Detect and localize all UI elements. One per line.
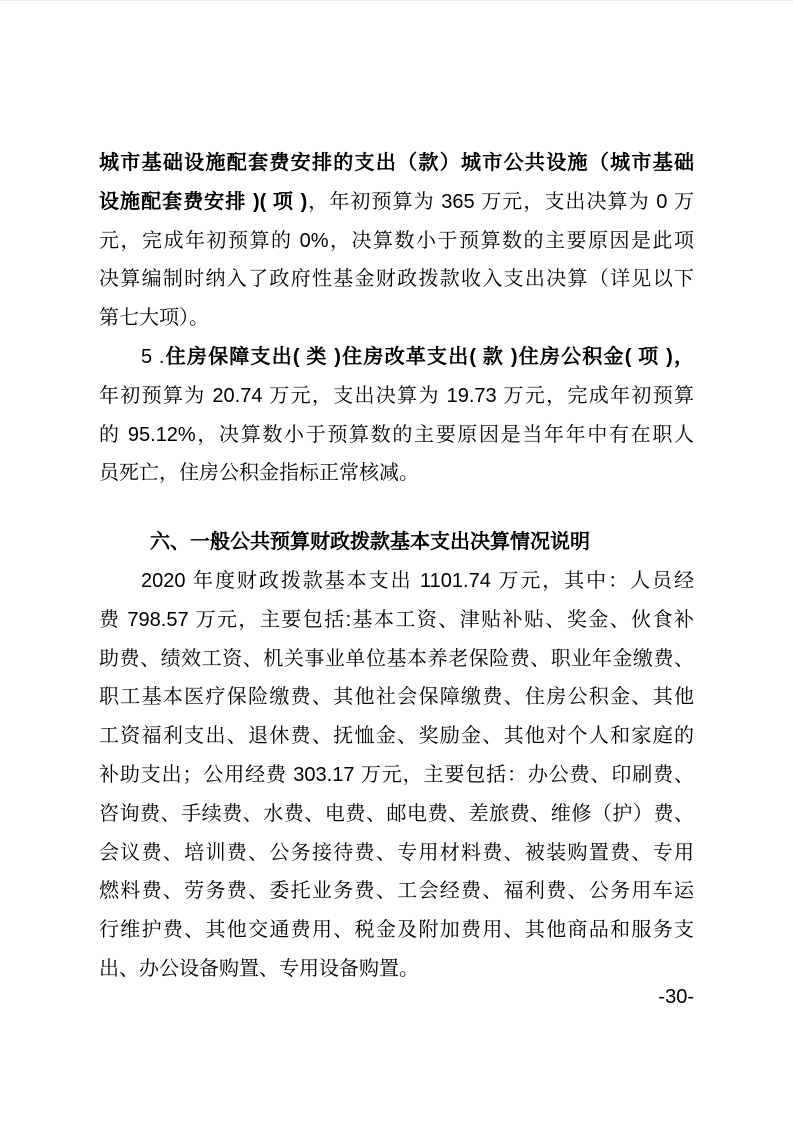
bold-text-segment: 城市基础设施配套费安排的支出（款）城市公共设施（城市基础 [99,152,694,174]
text-line: 员死亡，住房公积金指标正常核减。 [99,454,694,493]
text-line: 的 95.12%，决算数小于预算数的主要原因是当年年中有在职人 [99,416,694,455]
text-line: 决算编制时纳入了政府性基金财政拨款收入支出决算（详见以下 [99,260,694,299]
text-segment: 年初预算为 20.74 万元，支出决算为 19.73 万元，完成年初预算 [99,385,694,407]
text-line: 职工基本医疗保险缴费、其他社会保障缴费、住房公积金、其他 [99,678,694,717]
text-segment: ，年初预算为 365 万元，支出决算为 0 万 [307,191,694,213]
text-segment: 元，完成年初预算的 0%，决算数小于预算数的主要原因是此项 [99,230,694,252]
text-segment: 2020 年度财政拨款基本支出 1101.74 万元，其中：人员经 [141,570,694,592]
text-line: 燃料费、劳务费、委托业务费、工会经费、福利费、公务用车运 [99,872,694,911]
paragraph-spacer [99,493,694,523]
text-segment: 第七大项）。 [99,307,209,329]
text-segment: 的 95.12%，决算数小于预算数的主要原因是当年年中有在职人 [99,424,694,446]
text-line: 费 798.57 万元，主要包括:基本工资、津贴补贴、奖金、伙食补 [99,601,694,640]
text-segment: 工资福利支出、退休费、抚恤金、奖励金、其他对个人和家庭的 [99,725,694,747]
text-line: 第七大项）。 [99,299,694,338]
text-line: 5 .住房保障支出( 类 )住房改革支出( 款 )住房公积金( 项 )， [99,338,694,377]
text-line: 六、一般公共预算财政拨款基本支出决算情况说明 [99,523,694,562]
text-segment: 行维护费、其他交通费用、税金及附加费用、其他商品和服务支 [99,919,694,941]
document-page: 城市基础设施配套费安排的支出（款）城市公共设施（城市基础设施配套费安排 )( 项… [0,0,793,1122]
text-line: 城市基础设施配套费安排的支出（款）城市公共设施（城市基础 [99,144,694,183]
text-segment: 燃料费、劳务费、委托业务费、工会经费、福利费、公务用车运 [99,880,694,902]
text-line: 设施配套费安排 )( 项 )，年初预算为 365 万元，支出决算为 0 万 [99,183,694,222]
text-line: 咨询费、手续费、水费、电费、邮电费、差旅费、维修（护）费、 [99,795,694,834]
text-line: 行维护费、其他交通费用、税金及附加费用、其他商品和服务支 [99,911,694,950]
text-line: 会议费、培训费、公务接待费、专用材料费、被装购置费、专用 [99,834,694,873]
document-body: 城市基础设施配套费安排的支出（款）城市公共设施（城市基础设施配套费安排 )( 项… [99,144,694,989]
text-segment: 出、办公设备购置、专用设备购置。 [99,958,419,980]
text-segment: 会议费、培训费、公务接待费、专用材料费、被装购置费、专用 [99,842,694,864]
text-line: 助费、绩效工资、机关事业单位基本养老保险费、职业年金缴费、 [99,640,694,679]
bold-text-segment: 设施配套费安排 )( 项 ) [99,191,307,213]
text-line: 2020 年度财政拨款基本支出 1101.74 万元，其中：人员经 [99,562,694,601]
text-segment: 决算编制时纳入了政府性基金财政拨款收入支出决算（详见以下 [99,268,694,290]
text-line: 出、办公设备购置、专用设备购置。 [99,950,694,989]
text-line: 年初预算为 20.74 万元，支出决算为 19.73 万元，完成年初预算 [99,377,694,416]
text-line: 元，完成年初预算的 0%，决算数小于预算数的主要原因是此项 [99,222,694,261]
text-segment: 咨询费、手续费、水费、电费、邮电费、差旅费、维修（护）费、 [99,803,694,825]
page-number: -30- [99,985,694,1009]
text-segment: 补助支出；公用经费 303.17 万元，主要包括：办公费、印刷费、 [99,764,694,786]
text-segment: 5 . [141,346,164,368]
text-segment: 职工基本医疗保险缴费、其他社会保障缴费、住房公积金、其他 [99,686,694,708]
text-line: 工资福利支出、退休费、抚恤金、奖励金、其他对个人和家庭的 [99,717,694,756]
text-segment: 员死亡，住房公积金指标正常核减。 [99,462,419,484]
text-segment: 助费、绩效工资、机关事业单位基本养老保险费、职业年金缴费、 [99,648,694,670]
text-line: 补助支出；公用经费 303.17 万元，主要包括：办公费、印刷费、 [99,756,694,795]
bold-text-segment: 住房保障支出( 类 )住房改革支出( 款 )住房公积金( 项 )， [164,346,694,368]
bold-text-segment: 六、一般公共预算财政拨款基本支出决算情况说明 [150,531,590,553]
text-segment: 费 798.57 万元，主要包括:基本工资、津贴补贴、奖金、伙食补 [99,609,694,631]
